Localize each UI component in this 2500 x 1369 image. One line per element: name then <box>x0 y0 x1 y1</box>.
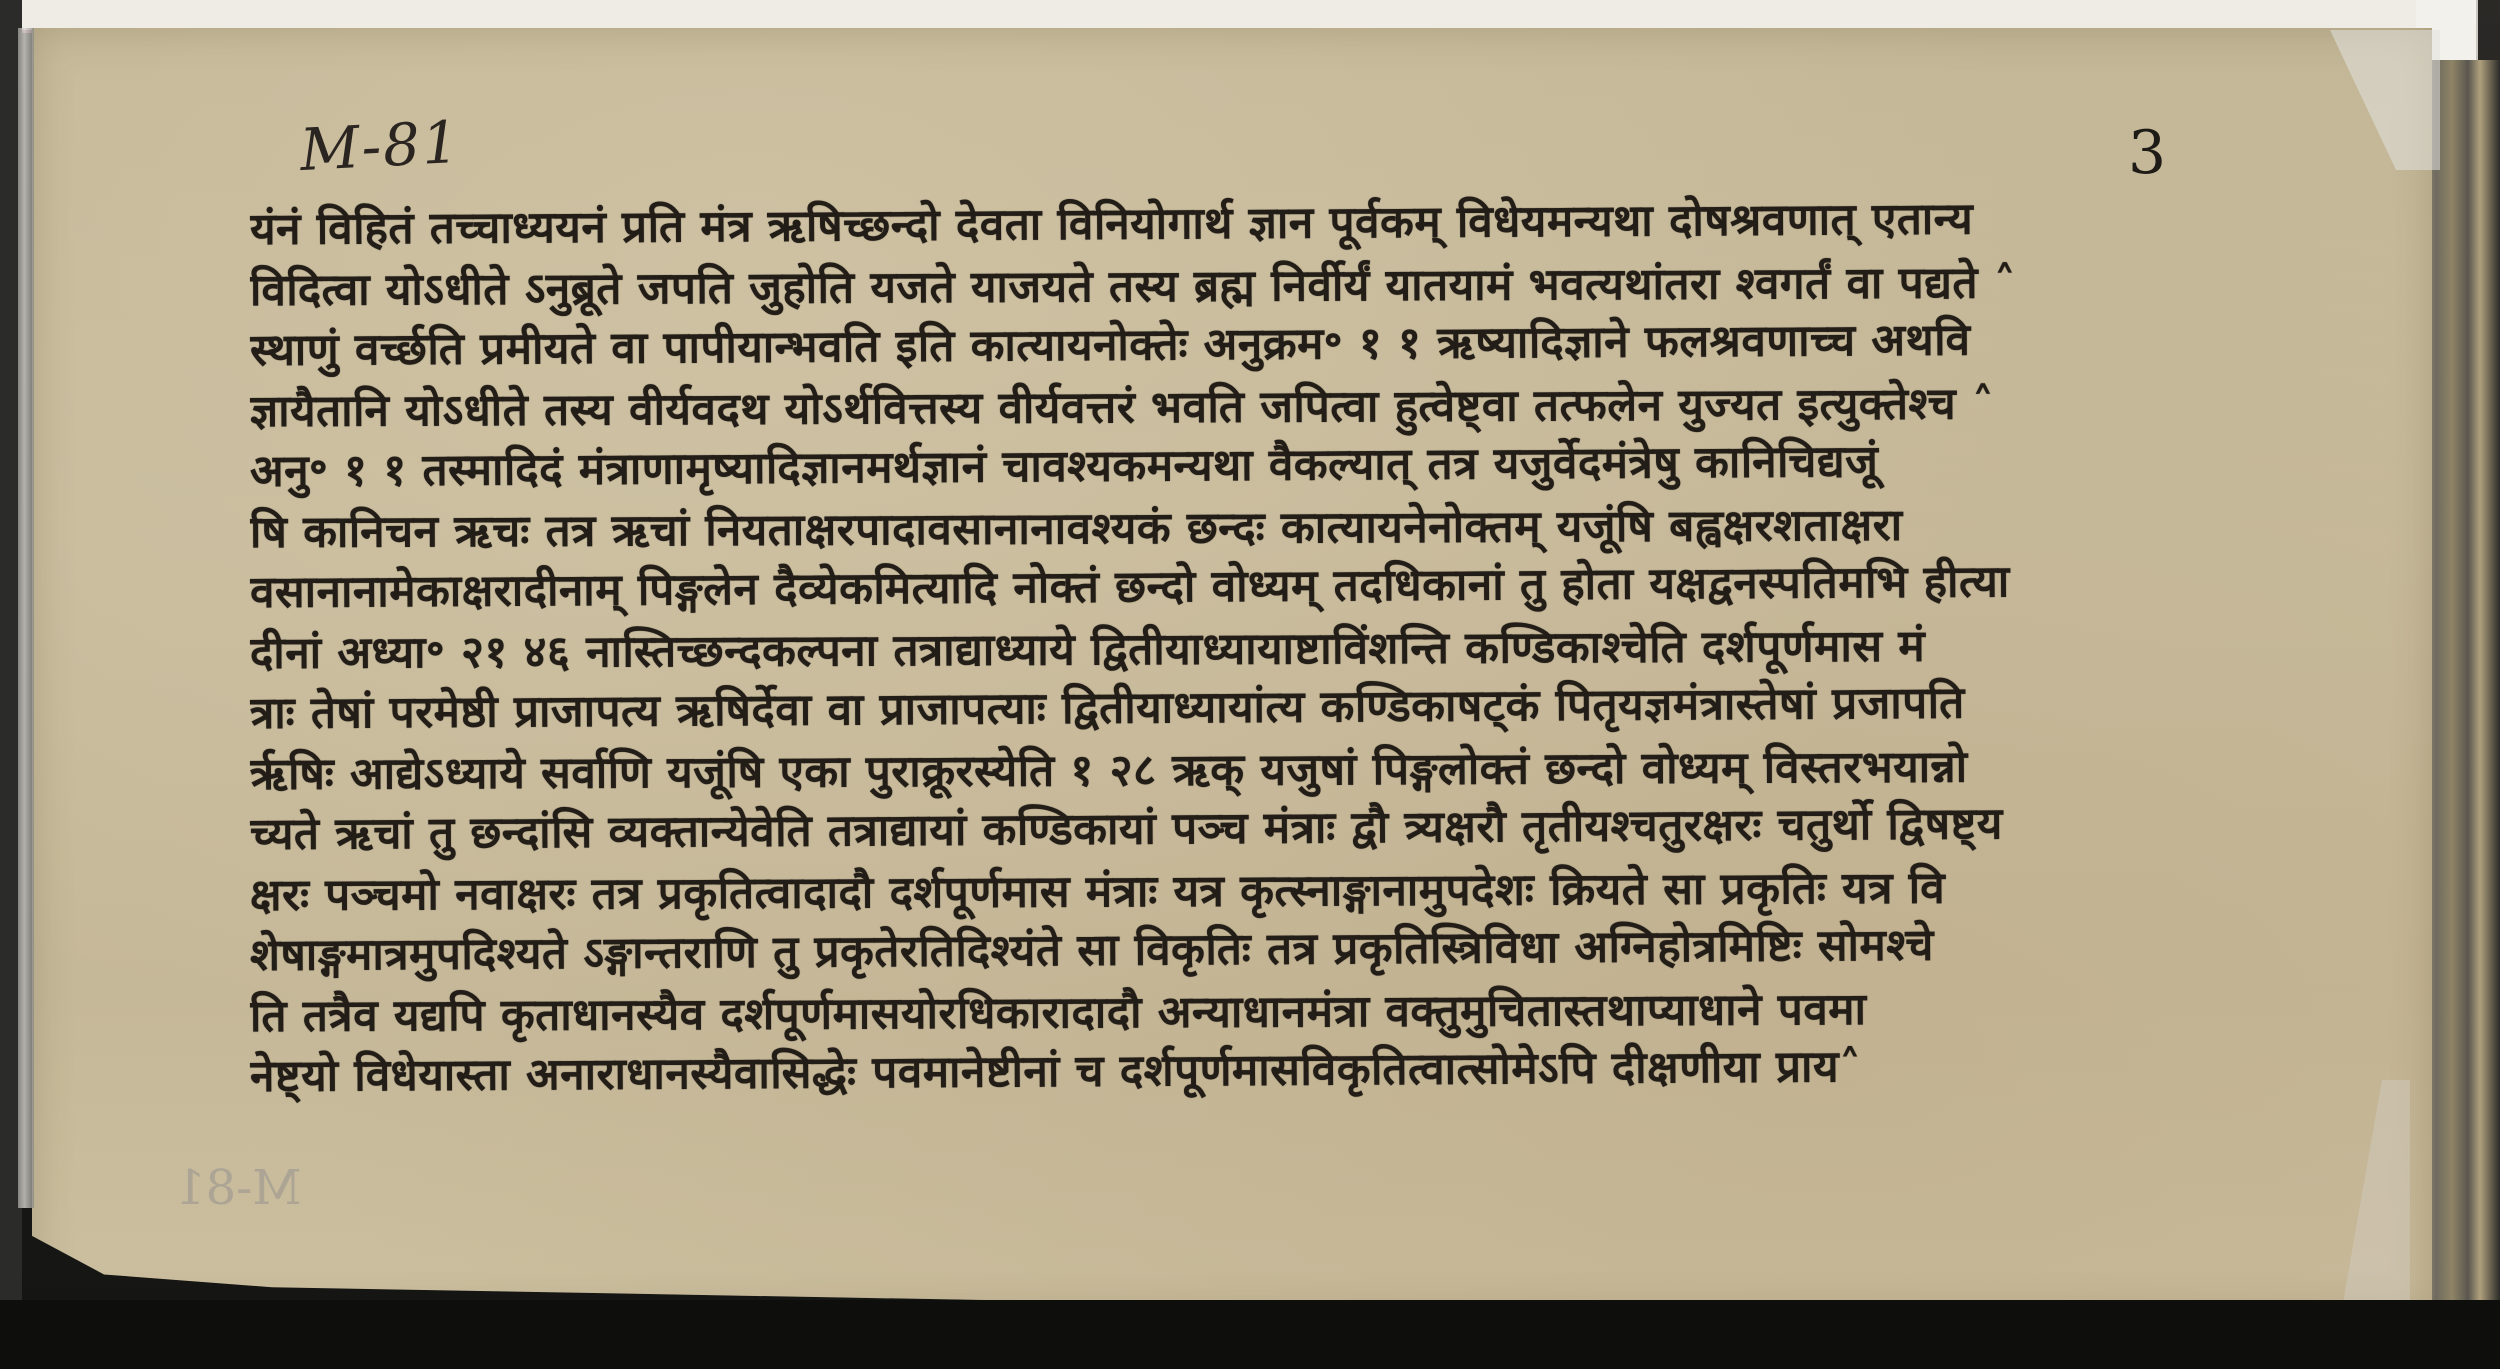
text-line: यंनं विहितं तच्चाध्ययनं प्रति मंत्र ऋषिच… <box>250 188 2260 261</box>
text-line: अनु॰ १ १ तस्मादिदं मंत्राणामृष्यादिज्ञान… <box>250 430 2260 503</box>
shelfmark-label: M-81 <box>298 108 462 184</box>
manuscript-text-block: यंनं विहितं तच्चाध्ययनं प्रति मंत्र ऋषिच… <box>250 200 2260 1108</box>
text-line: शेषाङ्गमात्रमुपदिश्यते ऽङ्गान्तराणि तु प… <box>250 914 2260 987</box>
manuscript-scan: M-81 3 M-81 यंनं विहितं तच्चाध्ययनं प्रत… <box>0 0 2500 1369</box>
text-line: नेष्ट्यो विधेयास्ता अनाराधानस्यैवासिद्धे… <box>250 1035 2260 1108</box>
text-line: वसानानामेकाक्षरादीनाम् पिङ्गलेन दैव्येकम… <box>250 551 2260 624</box>
plastic-sleeve-edge <box>18 28 34 1208</box>
bottom-background-shadow <box>0 1300 2500 1369</box>
text-line: च्यते ऋचां तु छन्दांसि व्यक्तान्येवेति त… <box>250 793 2260 866</box>
text-line: त्राः तेषां परमेष्ठी प्राजापत्य ऋषिर्देव… <box>250 672 2260 745</box>
stacked-leaves-edge <box>2420 60 2500 1350</box>
bleed-through-shelfmark: M-81 <box>175 1160 301 1216</box>
text-line: स्थाणुं वर्च्छति प्रमीयते वा पापीयान्भवत… <box>250 309 2260 382</box>
folio-number: 3 <box>2128 118 2166 188</box>
